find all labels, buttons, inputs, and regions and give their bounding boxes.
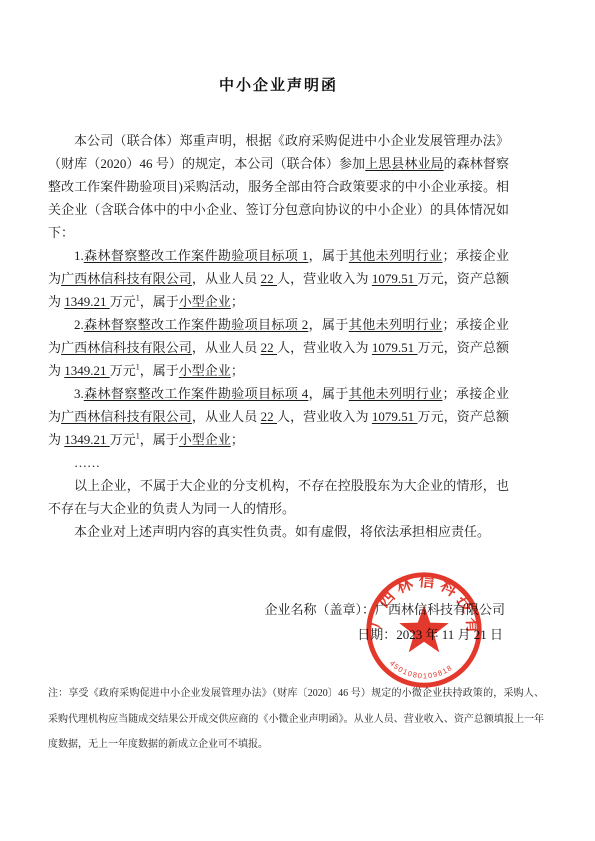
date-line: 日期：2023 年 11 月 21 日 [48, 622, 509, 647]
paragraph-closing-2: 本企业对上述声明内容的真实性负责。如有虚假，将依法承担相应责任。 [48, 520, 509, 543]
paragraph-intro: 本公司（联合体）郑重声明，根据《政府采购促进中小企业发展管理办法》（财库（202… [48, 129, 509, 244]
page-title: 中小企业声明函 [48, 74, 509, 95]
ellipsis-line: …… [48, 451, 509, 474]
footnote: 注：享受《政府采购促进中小企业发展管理办法》（财库〔2020〕46 号）规定的小… [48, 681, 544, 758]
item-2: 2.森林督察整改工作案件勘验项目标项 2，属于其他未列明行业；承接企业为广西林信… [48, 313, 509, 382]
declaration-letter: 中小企业声明函 本公司（联合体）郑重声明，根据《政府采购促进中小企业发展管理办法… [48, 74, 509, 647]
paragraph-closing-1: 以上企业，不属于大企业的分支机构，不存在控股股东为大企业的情形，也不存在与大企业… [48, 474, 509, 520]
seal-code-text: 4501080109818 [388, 659, 455, 681]
item-3: 3.森林督察整改工作案件勘验项目标项 4，属于其他未列明行业；承接企业为广西林信… [48, 382, 509, 451]
document-page: 中小企业声明函 本公司（联合体）郑重声明，根据《政府采购促进中小企业发展管理办法… [0, 0, 595, 841]
item-1: 1.森林督察整改工作案件勘验项目标项 1，属于其他未列明行业；承接企业为广西林信… [48, 244, 509, 313]
company-name-line: 企业名称（盖章）：广西林信科技有限公司 [48, 597, 509, 622]
signature-block: 企业名称（盖章）：广西林信科技有限公司 日期：2023 年 11 月 21 日 [48, 597, 509, 647]
